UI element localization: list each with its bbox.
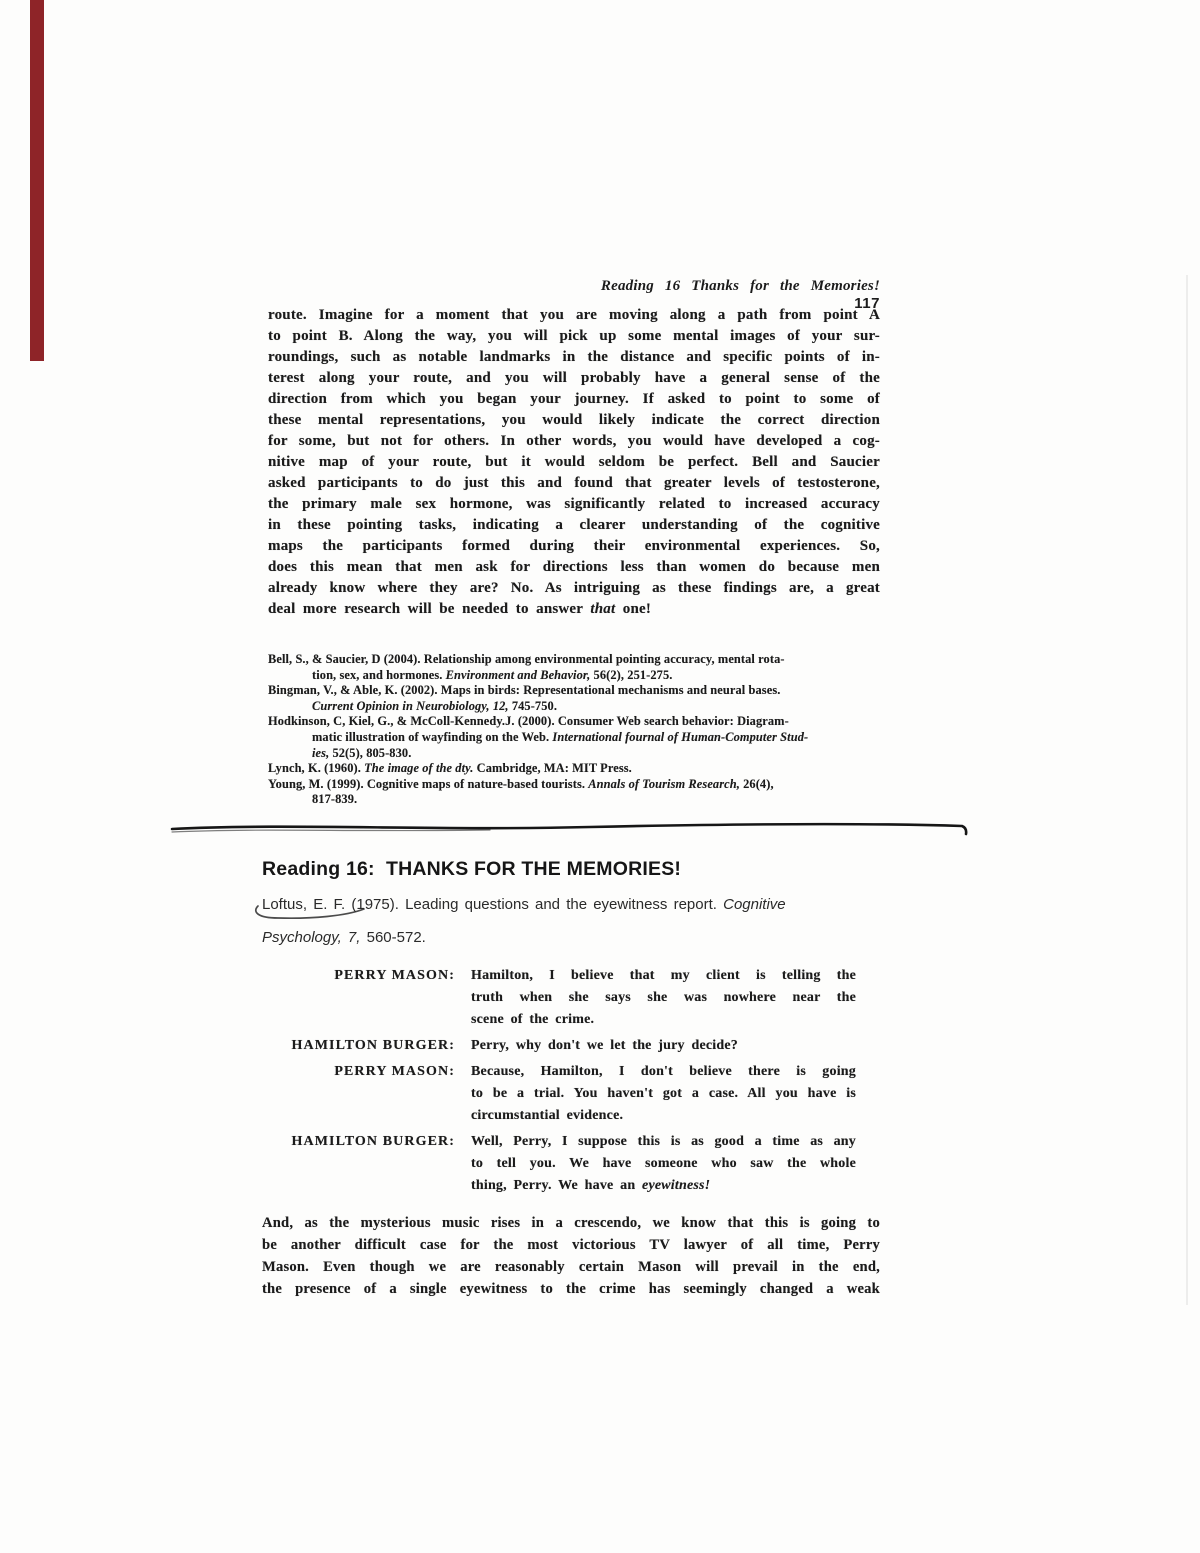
reference-line: matic illustration of wayfinding on the … (268, 730, 884, 746)
speech-line: scene of the crime. (471, 1009, 856, 1031)
speaker-label: PERRY MASON: (262, 965, 455, 1031)
section-divider (170, 820, 972, 838)
paragraph-line: does this mean that men ask for directio… (268, 557, 880, 578)
citation-line-2: Psychology, 7, 560-572. (262, 921, 822, 954)
closing-line: Mason. Even though we are reasonably cer… (262, 1256, 880, 1278)
reference-line: 817-839. (268, 792, 884, 808)
speech-line: to be a trial. You haven't got a case. A… (471, 1083, 856, 1105)
speech-line: Well, Perry, I suppose this is as good a… (471, 1131, 856, 1153)
reference-entry: Lynch, K. (1960). The image of the dty. … (268, 761, 884, 777)
dialogue-speech: HAMILTON BURGER:Well, Perry, I suppose t… (262, 1131, 880, 1197)
paragraph-line: roundings, such as notable landmarks in … (268, 347, 880, 368)
speaker-label: PERRY MASON: (262, 1061, 455, 1127)
reference-line: Young, M. (1999). Cognitive maps of natu… (268, 777, 884, 793)
speech-line: to tell you. We have someone who saw the… (471, 1153, 856, 1175)
reference-entry: Hodkinson, C, Kiel, G., & McColl-Kennedy… (268, 714, 884, 761)
speech-text: Well, Perry, I suppose this is as good a… (471, 1131, 856, 1197)
dialogue-speech: PERRY MASON:Because, Hamilton, I don't b… (262, 1061, 880, 1127)
speech-line: thing, Perry. We have an eyewitness! (471, 1175, 856, 1197)
reference-line: Bingman, V., & Able, K. (2002). Maps in … (268, 683, 884, 699)
reference-line: ies, 52(5), 805-830. (268, 746, 884, 762)
reference-line: Current Opinion in Neurobiology, 12, 745… (268, 699, 884, 715)
paragraph-line: nitive map of your route, but it would s… (268, 452, 880, 473)
paragraph-line: in these pointing tasks, indicating a cl… (268, 515, 880, 536)
body-paragraph: route. Imagine for a moment that you are… (268, 305, 880, 620)
reference-entry: Young, M. (1999). Cognitive maps of natu… (268, 777, 884, 808)
paragraph-line: for some, but not for others. In other w… (268, 431, 880, 452)
dialogue-speech: HAMILTON BURGER:Perry, why don't we let … (262, 1035, 880, 1057)
paragraph-line: the primary male sex hormone, was signif… (268, 494, 880, 515)
paragraph-line: these mental representations, you would … (268, 410, 880, 431)
paragraph-line: maps the participants formed during thei… (268, 536, 880, 557)
speech-text: Because, Hamilton, I don't believe there… (471, 1061, 856, 1127)
closing-paragraph: And, as the mysterious music rises in a … (262, 1212, 880, 1300)
speech-line: circumstantial evidence. (471, 1105, 856, 1127)
paragraph-line: route. Imagine for a moment that you are… (268, 305, 880, 326)
speech-line: Hamilton, I believe that my client is te… (471, 965, 856, 987)
scanned-book-page: Reading 16 Thanks for the Memories! 117 … (0, 0, 1200, 1553)
speaker-label: HAMILTON BURGER: (262, 1035, 455, 1057)
reading-heading: Reading 16: THANKS FOR THE MEMORIES! (262, 858, 902, 881)
closing-line: the presence of a single eyewitness to t… (262, 1278, 880, 1300)
speaker-label: HAMILTON BURGER: (262, 1131, 455, 1197)
paragraph-line: already know where they are? No. As intr… (268, 578, 880, 599)
paragraph-line: asked participants to do just this and f… (268, 473, 880, 494)
reference-line: Bell, S., & Saucier, D (2004). Relations… (268, 652, 884, 668)
dialogue-block: PERRY MASON:Hamilton, I believe that my … (262, 965, 880, 1201)
speech-line: Perry, why don't we let the jury decide? (471, 1035, 856, 1057)
paragraph-line: terest along your route, and you will pr… (268, 368, 880, 389)
dialogue-speech: PERRY MASON:Hamilton, I believe that my … (262, 965, 880, 1031)
paragraph-line: deal more research will be needed to ans… (268, 599, 880, 620)
reference-entry: Bell, S., & Saucier, D (2004). Relations… (268, 652, 884, 683)
paragraph-line: to point B. Along the way, you will pick… (268, 326, 880, 347)
speech-text: Hamilton, I believe that my client is te… (471, 965, 856, 1031)
running-head-title: Reading 16 Thanks for the Memories! (601, 278, 880, 294)
closing-line: And, as the mysterious music rises in a … (262, 1212, 880, 1234)
speech-line: Because, Hamilton, I don't believe there… (471, 1061, 856, 1083)
reference-entry: Bingman, V., & Able, K. (2002). Maps in … (268, 683, 884, 714)
red-margin-strip (30, 0, 44, 361)
speech-line: truth when she says she was nowhere near… (471, 987, 856, 1009)
page-edge-shadow (1186, 275, 1188, 1305)
pen-underline-mark (250, 902, 370, 922)
reference-line: tion, sex, and hormones. Environment and… (268, 668, 884, 684)
reference-line: Hodkinson, C, Kiel, G., & McColl-Kennedy… (268, 714, 884, 730)
reference-line: Lynch, K. (1960). The image of the dty. … (268, 761, 884, 777)
paragraph-line: direction from which you began your jour… (268, 389, 880, 410)
references-list: Bell, S., & Saucier, D (2004). Relations… (268, 652, 884, 808)
speech-text: Perry, why don't we let the jury decide? (471, 1035, 856, 1057)
closing-line: be another difficult case for the most v… (262, 1234, 880, 1256)
